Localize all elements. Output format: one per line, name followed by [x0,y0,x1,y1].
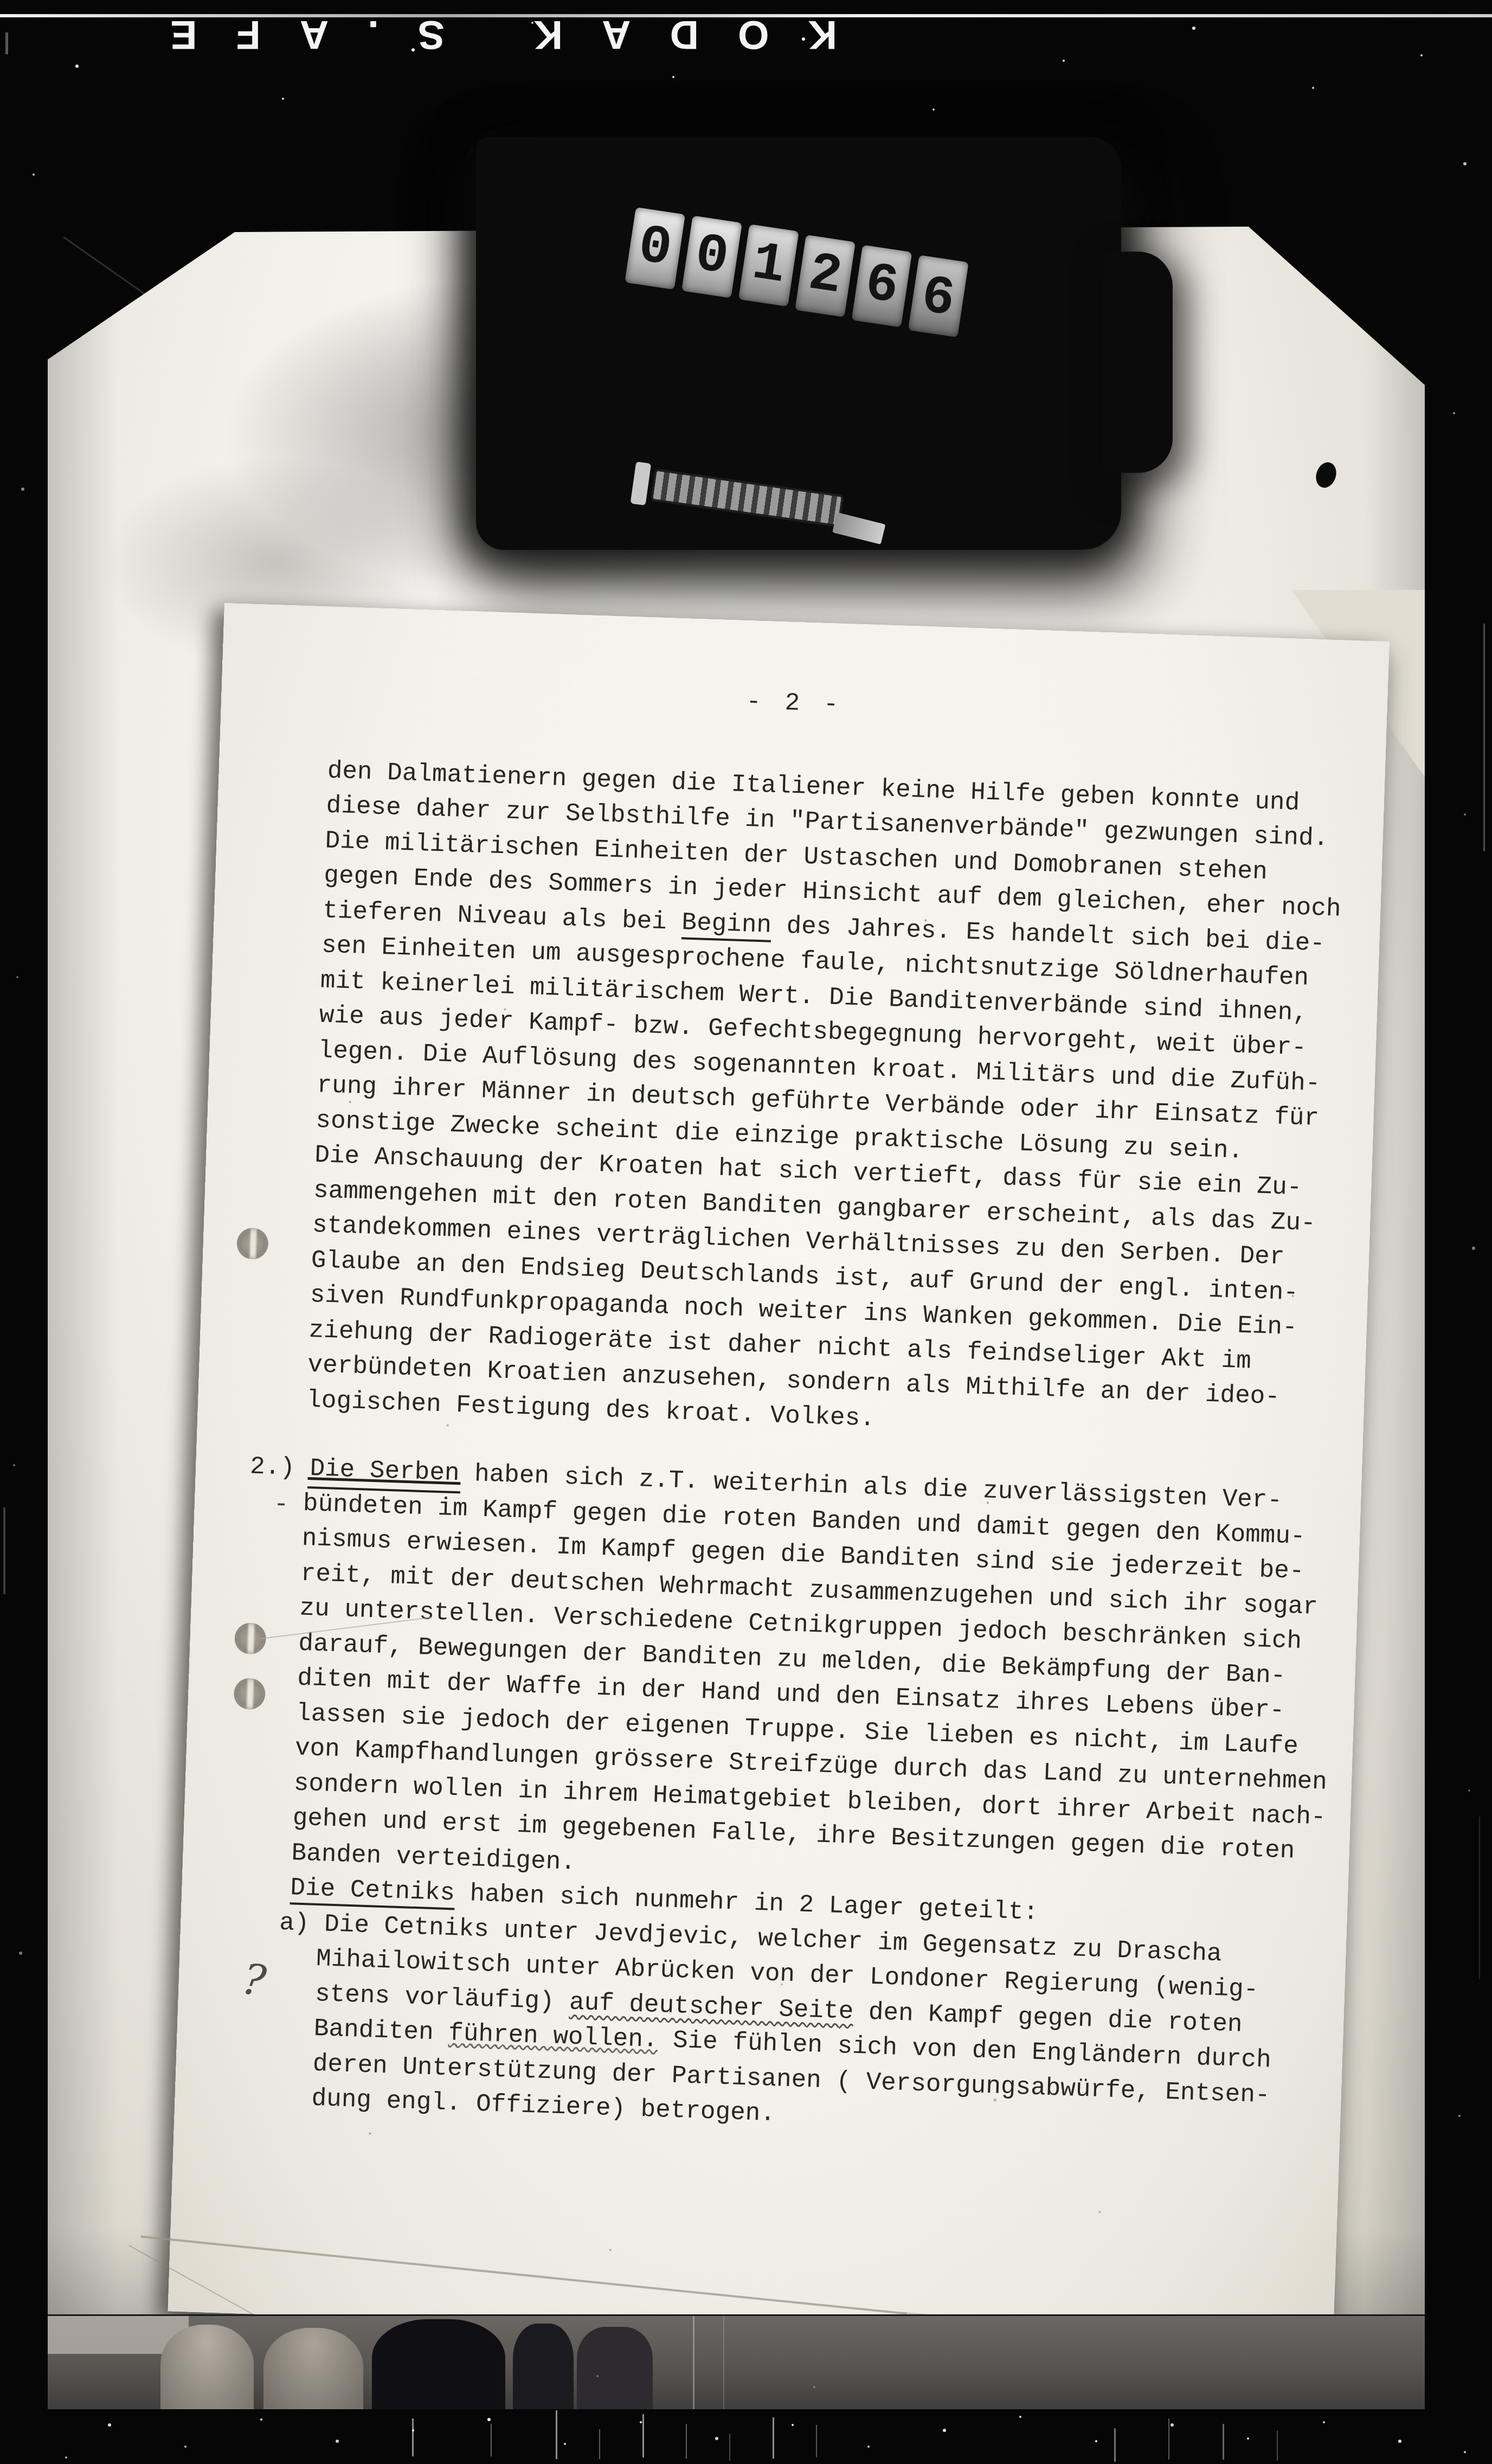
silhouette-shape [577,2327,653,2409]
silhouette-shape [372,2319,505,2409]
silhouette-shape [263,2328,363,2409]
film-scratch [1277,2430,1278,2461]
counter-digit: 2 [795,235,856,317]
film-scratch [1479,1817,1480,1979]
text-segment: stens vorläufig) [314,1979,570,2016]
underlined-text: führen wollen. [448,2019,658,2054]
film-scratch [693,2316,694,2409]
bottom-shadow-band [48,2314,1425,2409]
counter-digit: 0 [681,216,742,298]
counter-digit: 1 [738,224,799,306]
film-scratch [686,2424,687,2459]
film-scratch [599,2429,600,2459]
film-scratch [412,2418,414,2456]
film-edge-print: KODAK S.AFE [8,4,837,65]
film-scratch [723,2316,724,2409]
counter-slot [651,469,844,527]
film-scratch [3,1507,5,1594]
film-scratch [1168,2418,1169,2460]
film-scratch [729,2434,730,2461]
text-segment: Banditen [313,2014,449,2047]
film-scratch [1483,624,1485,851]
counter-digit: 6 [852,245,912,328]
underlined-text: Die Cetniks [290,1873,455,1910]
typed-document-page: - 2 - den Dalmatienern gegen die Italien… [168,603,1389,2350]
film-noise-bottom [0,0,2,2]
page-number: - 2 - [745,684,1366,740]
film-scratch [491,2424,492,2456]
page-counter-device: 001266 [476,137,1121,550]
document-text: den Dalmatienern gegen die Italiener kei… [283,753,1363,2149]
silhouette-shape [513,2324,574,2409]
counter-digits: 001266 [625,207,969,332]
text-segment: Banden verteidigen. [291,1839,576,1876]
underlined-text: Beginn [681,908,771,942]
microfilm-frame: { "film": { "edge_text": "KODAK S.AFE" }… [0,0,1492,2464]
counter-digit: 6 [908,255,969,337]
film-scratch [642,2414,644,2457]
paragraph: den Dalmatienern gegen die Italiener kei… [306,753,1363,1452]
film-scratch [556,2410,557,2459]
handwritten-margin-dash: - [273,1490,289,1519]
page-content: - 2 - den Dalmatienern gegen die Italien… [168,603,1389,2350]
film-scratch [1223,2424,1224,2460]
film-scratch [773,2417,774,2459]
film-scratch [816,2425,817,2457]
paragraph: 2.) Die Serben haben sich z.T. weiterhin… [283,1451,1340,2149]
counter-knob [1102,252,1173,473]
text-segment: 2.) [249,1452,310,1483]
underlined-text: Die Serben [310,1454,460,1487]
counter-slot-cap-left [631,461,652,505]
counter-slot-cap-right [832,512,885,544]
counter-digit: 0 [625,207,685,290]
film-scratch [1114,2428,1116,2462]
silhouette-shape [160,2325,254,2409]
underlined-text: auf deutscher Seite [569,1988,854,2025]
